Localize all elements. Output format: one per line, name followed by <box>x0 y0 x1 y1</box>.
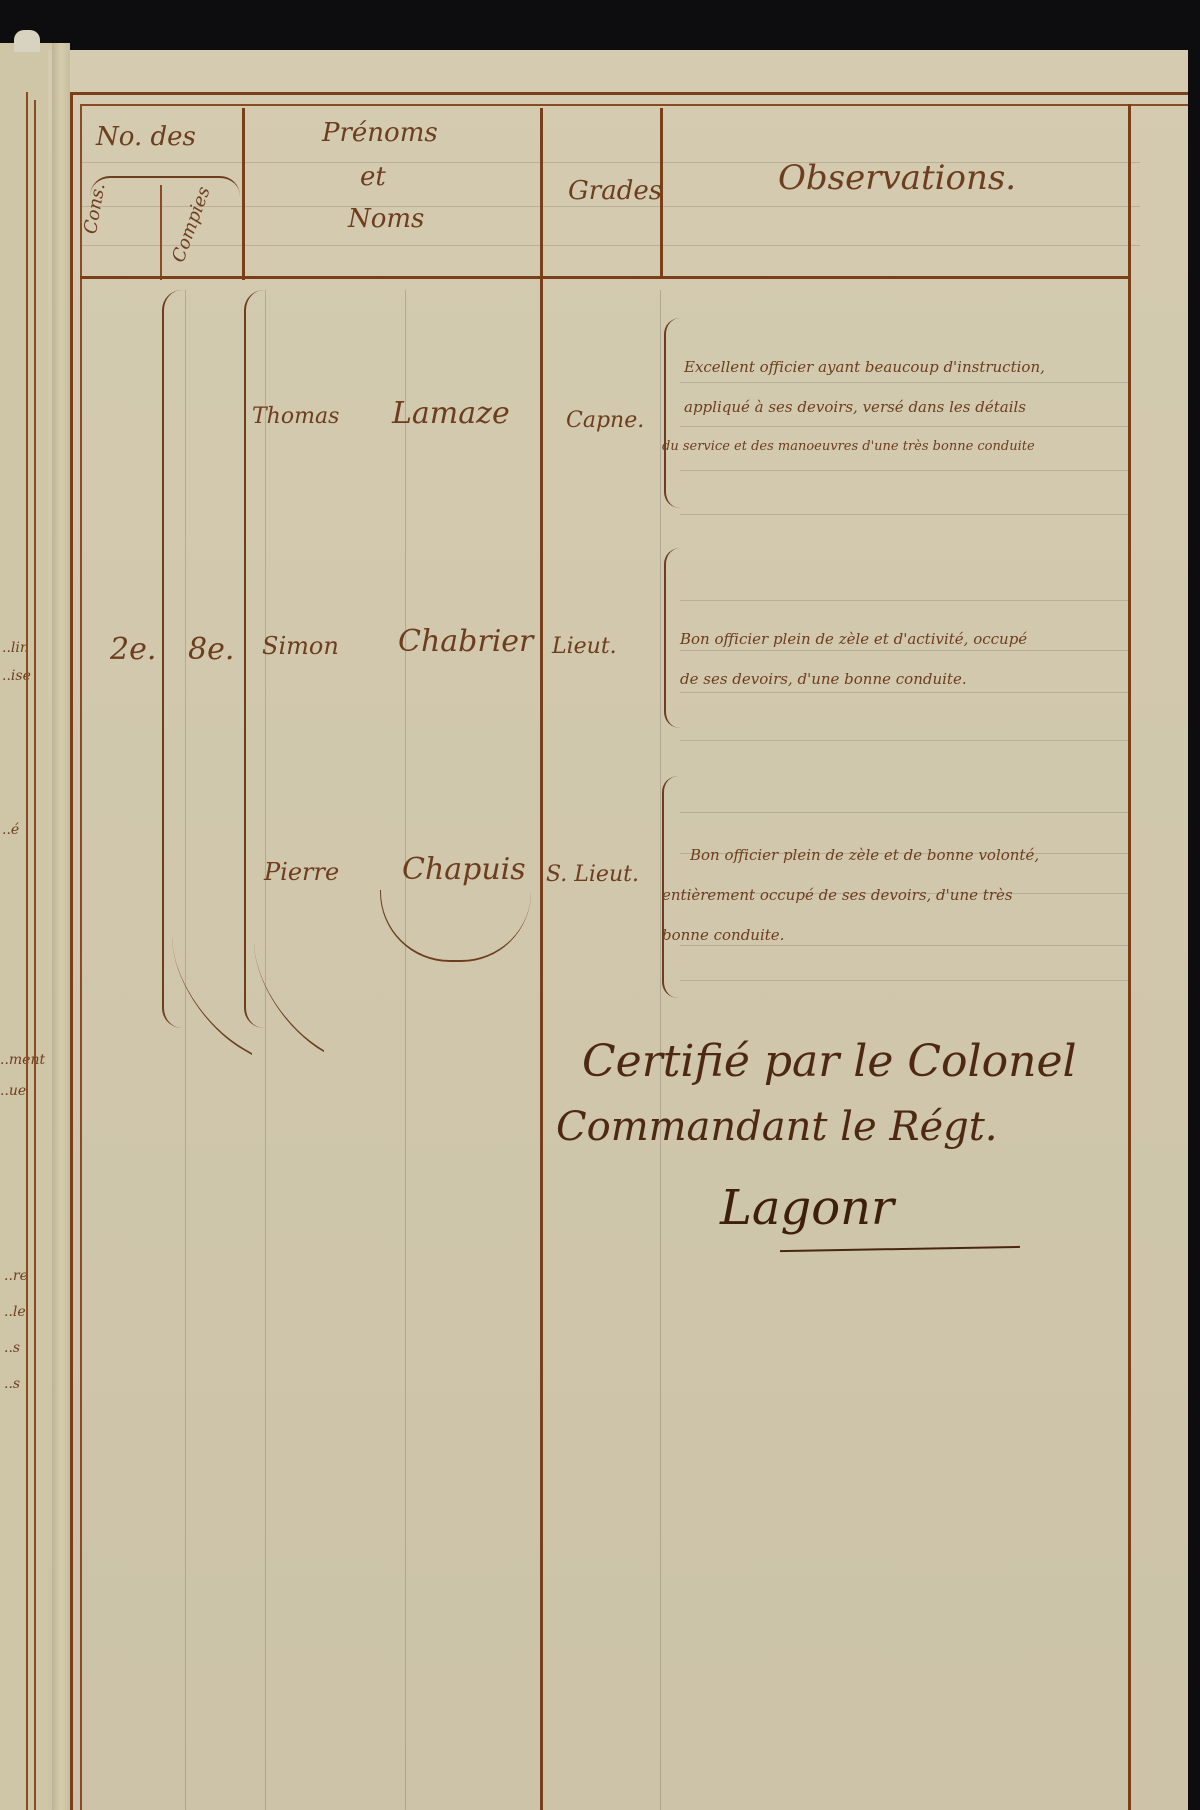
group-brace-corps <box>162 290 182 1028</box>
row-1-observation-brace <box>664 318 680 508</box>
book-spine <box>52 43 70 1810</box>
row-3-prenom: Pierre <box>264 858 339 886</box>
pencil-rule <box>265 290 266 1810</box>
left-page-text-fragment: ..le <box>4 1304 26 1320</box>
row-2-grade: Lieut. <box>552 634 617 659</box>
row-1-observation-line-2: appliqué à ses devoirs, versé dans les d… <box>684 388 1026 426</box>
corps-number: 2e. <box>110 632 156 667</box>
header-bottom-rule <box>80 276 1128 279</box>
header-observations: Observations. <box>778 158 1016 198</box>
left-page-border <box>26 92 28 1810</box>
left-page-text-fragment: ..lin <box>2 640 29 656</box>
header-number-group: No. des <box>96 122 196 152</box>
pencil-rule <box>185 290 186 1810</box>
compagnie-number: 8e. <box>188 632 234 667</box>
left-page-text-fragment: ..ment <box>0 1052 45 1068</box>
row-3-observation-line-2: entièrement occupé de ses devoirs, d'une… <box>662 876 1013 914</box>
left-page-text-fragment: ..re <box>4 1268 28 1284</box>
header-et: et <box>360 162 386 192</box>
certification-line-1: Certifié par le Colonel <box>582 1036 1077 1087</box>
header-prenoms: Prénoms <box>322 118 438 148</box>
row-2-prenom: Simon <box>262 632 339 660</box>
left-page-text-fragment: ..ue <box>0 1083 26 1099</box>
row-3-observation-line-1: Bon officier plein de zèle et de bonne v… <box>690 836 1039 874</box>
row-2-nom: Chabrier <box>398 624 533 659</box>
right-border <box>1128 104 1131 1810</box>
row-1-prenom: Thomas <box>252 404 339 429</box>
left-border-inner <box>80 104 82 1810</box>
group-brace-compagnie <box>244 290 264 1028</box>
col-divider-corps-compagnie <box>160 185 162 280</box>
signature: Lagonr <box>720 1180 894 1236</box>
binding-tab <box>14 30 40 52</box>
row-1-nom: Lamaze <box>392 396 510 431</box>
row-3-observation-line-3: bonne conduite. <box>662 916 784 954</box>
top-border-outer <box>70 92 1188 95</box>
header-noms: Noms <box>348 204 424 234</box>
row-1-observation-line-3: du service et des manoeuvres d'une très … <box>662 428 1035 466</box>
row-3-grade: S. Lieut. <box>546 862 639 887</box>
certification-line-2: Commandant le Régt. <box>556 1104 998 1150</box>
left-page-border <box>34 100 36 1810</box>
left-page-text-fragment: ..s <box>4 1340 20 1356</box>
row-3-nom: Chapuis <box>402 852 526 887</box>
pencil-rule <box>405 290 406 1810</box>
header-brace-curve <box>90 176 240 196</box>
top-border-inner <box>80 104 1188 106</box>
col-divider-grade <box>540 108 543 1810</box>
col-divider-numbers <box>242 108 245 280</box>
register-page <box>48 50 1188 1810</box>
row-2-observation-line-1: Bon officier plein de zèle et d'activité… <box>680 620 1027 658</box>
header-grades: Grades <box>568 176 662 206</box>
row-1-observation-line-1: Excellent officier ayant beaucoup d'inst… <box>684 348 1045 386</box>
left-border-outer <box>70 92 73 1810</box>
left-page-text-fragment: ..é <box>2 822 19 838</box>
row-2-observation-line-2: de ses devoirs, d'une bonne conduite. <box>680 660 967 698</box>
row-2-observation-brace <box>664 548 680 728</box>
left-page-text-fragment: ..s <box>4 1376 20 1392</box>
row-1-grade: Capne. <box>566 408 644 433</box>
